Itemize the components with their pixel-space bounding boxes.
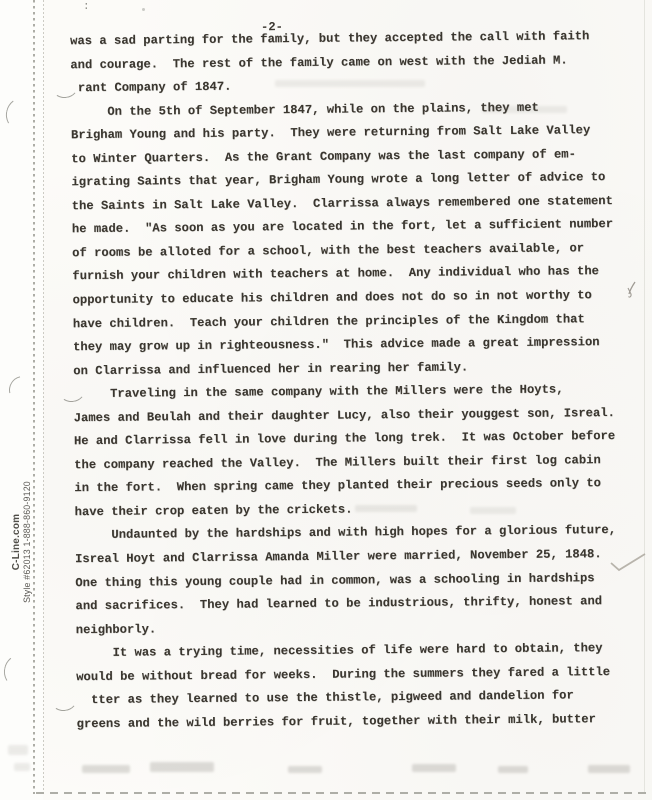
perforation-line-vertical-2 [43, 0, 44, 794]
pencil-squiggle-icon [626, 281, 638, 299]
ink-smudge [482, 106, 567, 113]
sleeve-brand-name: C-Line.com [11, 472, 22, 612]
typed-line: greens and the wild berries for fruit, t… [77, 708, 637, 737]
pencil-check-icon [609, 551, 647, 573]
ink-smudge [150, 762, 214, 772]
corner-tick-mark: : [83, 1, 90, 13]
stray-dot [142, 8, 145, 11]
page-right-edge [644, 0, 645, 792]
ink-smudge [588, 765, 630, 773]
punch-hole-icon [50, 687, 79, 712]
perforation-line-bottom [36, 792, 652, 794]
sleeve-style-number: Style #62013 1-888-860-9120 [22, 472, 33, 612]
ink-smudge [14, 763, 30, 771]
ink-smudge [470, 507, 516, 514]
ink-smudge [288, 766, 322, 773]
ink-smudge [82, 765, 130, 773]
typed-page: -2- was a sad parting for the family, bu… [0, 0, 652, 3]
typed-body: was a sad parting for the family, but th… [70, 25, 637, 737]
ink-smudge [8, 745, 28, 755]
ink-smudge [355, 505, 417, 512]
ink-smudge [275, 80, 425, 87]
sleeve-brand-label: C-Line.com Style #62013 1-888-860-9120 [11, 472, 33, 612]
scanned-document-page: C-Line.com Style #62013 1-888-860-9120 -… [0, 0, 652, 800]
ink-smudge [412, 764, 456, 772]
ink-smudge [498, 766, 528, 773]
